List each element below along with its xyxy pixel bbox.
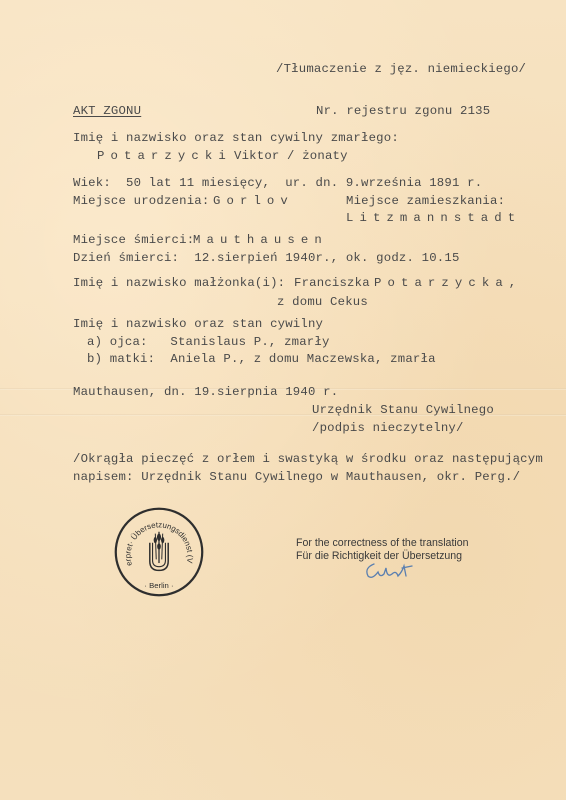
deceased-given-status: Viktor / żonaty bbox=[234, 149, 348, 163]
place-date: Mauthausen, dn. 19.sierpnia 1940 r. bbox=[73, 385, 338, 399]
translation-note: /Tłumaczenie z jęz. niemieckiego/ bbox=[276, 62, 526, 76]
seal-note-line1: /Okrągła pieczęć z orłem i swastyką w śr… bbox=[73, 452, 543, 466]
official-title: Urzędnik Stanu Cywilnego bbox=[312, 403, 494, 417]
deathplace-value: Mauthausen bbox=[193, 233, 328, 247]
birthplace-label: Miejsce urodzenia: bbox=[73, 194, 209, 208]
svg-text:· Berlin ·: · Berlin · bbox=[144, 581, 173, 590]
spouse-label: Imię i nazwisko małżonka(i): bbox=[73, 276, 285, 290]
father-line: a) ojca: Stanislaus P., zmarły bbox=[87, 335, 330, 349]
spouse-given: Franciszka bbox=[294, 276, 370, 290]
mother-line: b) matki: Aniela P., z domu Maczewska, z… bbox=[87, 352, 436, 366]
birthplace-value: Gorlov bbox=[213, 194, 294, 208]
deathplace-label: Miejsce śmierci: bbox=[73, 233, 194, 247]
certification-line-en: For the correctness of the translation bbox=[296, 537, 469, 549]
death-date-line: Dzień śmierci: 12.sierpień 1940r., ok. g… bbox=[73, 251, 460, 265]
official-signature: /podpis nieczytelny/ bbox=[312, 421, 464, 435]
parents-label: Imię i nazwisko oraz stan cywilny bbox=[73, 317, 323, 331]
deceased-surname: Potarzycki bbox=[97, 149, 232, 163]
age-line: Wiek: 50 lat 11 miesięcy, ur. dn. 9.wrze… bbox=[73, 176, 482, 190]
residence-label: Miejsce zamieszkania: bbox=[346, 194, 505, 208]
document-title: AKT ZGONU bbox=[73, 104, 141, 118]
spouse-surname: Potarzycka, bbox=[374, 276, 522, 290]
seal-note-line2: napisem: Urzędnik Stanu Cywilnego w Maut… bbox=[73, 470, 520, 484]
spouse-maiden: z domu Cekus bbox=[277, 295, 368, 309]
paper-background bbox=[0, 0, 566, 800]
translator-stamp-icon: ·Interpret· Übersetzungsdienst (VOB) · B… bbox=[113, 506, 205, 598]
residence-value: Litzmannstadt bbox=[346, 211, 521, 225]
register-number: Nr. rejestru zgonu 2135 bbox=[316, 104, 490, 118]
deceased-label: Imię i nazwisko oraz stan cywilny zmarłe… bbox=[73, 131, 399, 145]
translator-signature-icon bbox=[362, 558, 422, 582]
